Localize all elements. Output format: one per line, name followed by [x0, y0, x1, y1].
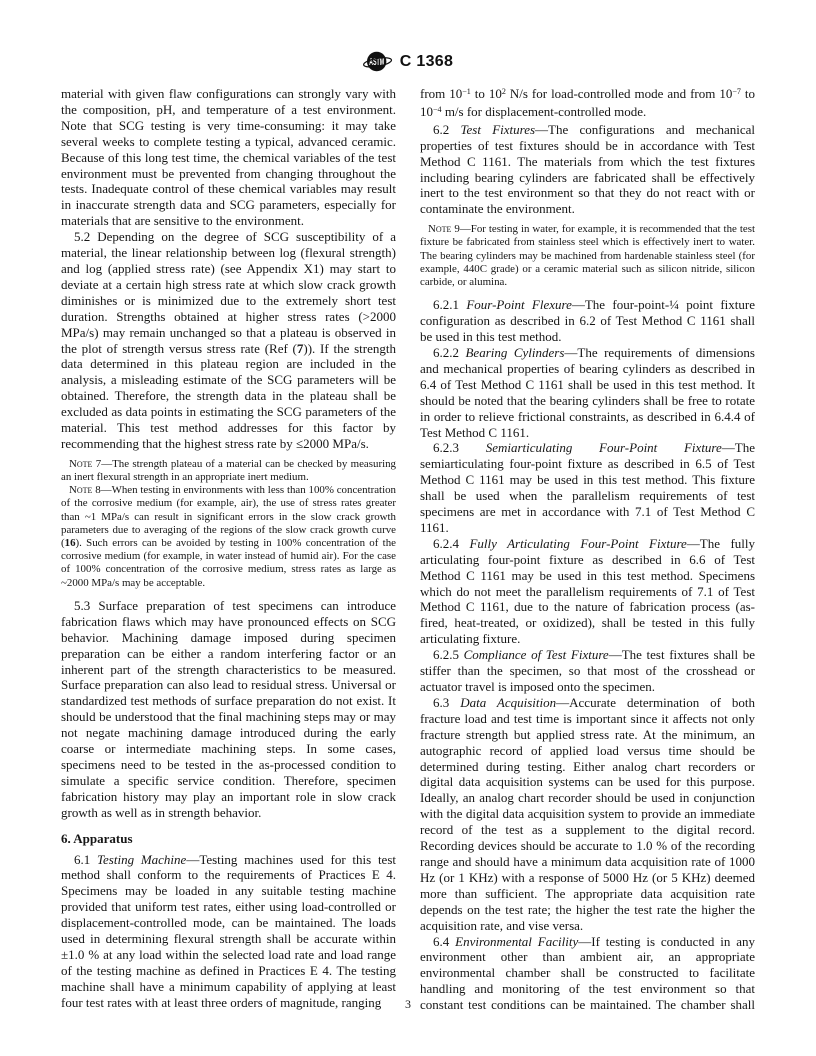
right-column: from 10−1 to 102 N/s for load-controlled… [420, 86, 755, 1012]
document-code: C 1368 [400, 53, 453, 71]
body-paragraph: material with given flaw configurations … [61, 86, 396, 229]
text-columns: material with given flaw configurations … [61, 86, 755, 1012]
note-paragraph: Note 7—The strength plateau of a materia… [61, 458, 396, 484]
note-paragraph: Note 9—For testing in water, for example… [420, 223, 755, 289]
note-paragraph: Note 8—When testing in environments with… [61, 484, 396, 590]
body-paragraph: 6.3 Data Acquisition—Accurate determinat… [420, 695, 755, 934]
body-paragraph: 6.2.5 Compliance of Test Fixture—The tes… [420, 647, 755, 695]
body-paragraph: 6.2.2 Bearing Cylinders—The requirements… [420, 345, 755, 440]
body-paragraph: 5.3 Surface preparation of test specimen… [61, 598, 396, 821]
left-column: material with given flaw configurations … [61, 86, 396, 1012]
astm-logo-icon: ASTM [363, 50, 393, 73]
page-header: ASTM C 1368 [0, 50, 816, 73]
document-page: ASTM C 1368 material with given flaw con… [0, 0, 816, 1056]
body-paragraph: 6.2 Test Fixtures—The configurations and… [420, 122, 755, 217]
body-paragraph: 6.2.1 Four-Point Flexure—The four-point-… [420, 297, 755, 345]
body-paragraph: 6.1 Testing Machine—Testing machines use… [61, 852, 396, 1011]
body-paragraph: 6.2.4 Fully Articulating Four-Point Fixt… [420, 536, 755, 647]
page-number: 3 [0, 997, 816, 1012]
body-paragraph: from 10−1 to 102 N/s for load-controlled… [420, 86, 755, 122]
body-paragraph: 5.2 Depending on the degree of SCG susce… [61, 229, 396, 452]
section-heading: 6. Apparatus [61, 831, 396, 847]
body-paragraph: 6.2.3 Semiarticulating Four-Point Fixtur… [420, 440, 755, 535]
